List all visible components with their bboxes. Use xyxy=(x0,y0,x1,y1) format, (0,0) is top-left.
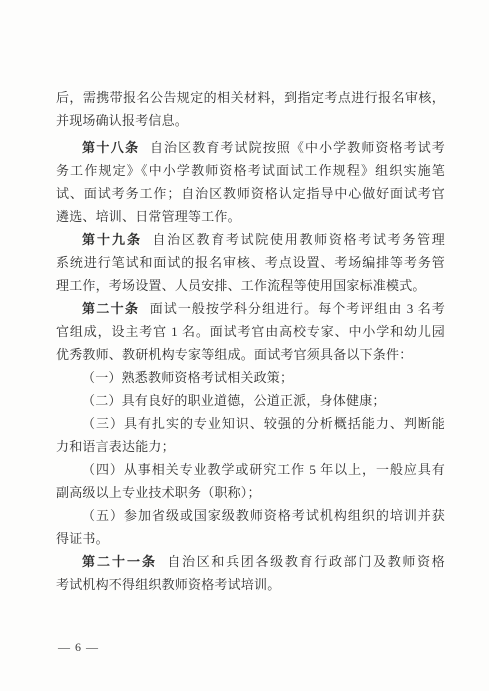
article-18-line-3: 试、面试考务工作；自治区教师资格认定指导中心做好面试考官 xyxy=(56,182,445,205)
article-18-line-2: 务工作规定》《中小学教师资格考试面试工作规程》组织实施笔 xyxy=(56,159,445,182)
document-body: 后，需携带报名公告规定的相关材料，到指定考点进行报名审核，并现场确认报考信息。第… xyxy=(56,86,445,596)
article-19-heading: 第十九条 xyxy=(82,232,142,247)
condition-item-1-line-1: （一）熟悉教师资格考试相关政策； xyxy=(56,366,445,389)
condition-item-3-line-2: 力和语言表达能力； xyxy=(56,435,445,458)
article-21-heading: 第二十一条 xyxy=(82,554,157,569)
article-18-line-1: 第十八条自治区教育考试院按照《中小学教师资格考试考 xyxy=(56,136,445,159)
condition-item-5-line-2: 得证书。 xyxy=(56,527,445,550)
condition-item-2-line-1: （二）具有良好的职业道德，公道正派，身体健康； xyxy=(56,389,445,412)
article-19-line-1: 第十九条自治区教育考试院使用教师资格考试考务管理 xyxy=(56,228,445,251)
continuation-paragraph-line-2: 并现场确认报考信息。 xyxy=(56,109,445,132)
article-19-line-2: 系统进行笔试和面试的报名审核、考点设置、考场编排等考务管 xyxy=(56,251,445,274)
article-21-line-2: 考试机构不得组织教师资格考试培训。 xyxy=(56,573,445,596)
page-number: — 6 — xyxy=(58,640,99,654)
condition-item-4-line-1: （四）从事相关专业教学或研究工作 5 年以上，一般应具有 xyxy=(56,458,445,481)
condition-item-5-line-1: （五）参加省级或国家级教师资格考试机构组织的培训并获 xyxy=(56,504,445,527)
article-18-line-4: 遴选、培训、日常管理等工作。 xyxy=(56,205,445,228)
continuation-paragraph-line-1: 后，需携带报名公告规定的相关材料，到指定考点进行报名审核， xyxy=(56,86,445,109)
article-20-line-2: 官组成，设主考官 1 名。面试考官由高校专家、中小学和幼儿园 xyxy=(56,320,445,343)
article-20-line-3: 优秀教师、教研机构专家等组成。面试考官须具备以下条件： xyxy=(56,343,445,366)
article-20-heading: 第二十条 xyxy=(82,301,139,316)
article-21-line-1: 第二十一条自治区和兵团各级教育行政部门及教师资格 xyxy=(56,550,445,573)
condition-item-3-line-1: （三）具有扎实的专业知识、较强的分析概括能力、判断能 xyxy=(56,412,445,435)
condition-item-4-line-2: 副高级以上专业技术职务（职称）； xyxy=(56,481,445,504)
article-18-heading: 第十八条 xyxy=(82,140,140,155)
article-20-line-1: 第二十条面试一般按学科分组进行。每个考评组由 3 名考 xyxy=(56,297,445,320)
document-page: 后，需携带报名公告规定的相关材料，到指定考点进行报名审核，并现场确认报考信息。第… xyxy=(0,0,489,691)
article-19-line-3: 理工作，考场设置、人员安排、工作流程等使用国家标准模式。 xyxy=(56,274,445,297)
